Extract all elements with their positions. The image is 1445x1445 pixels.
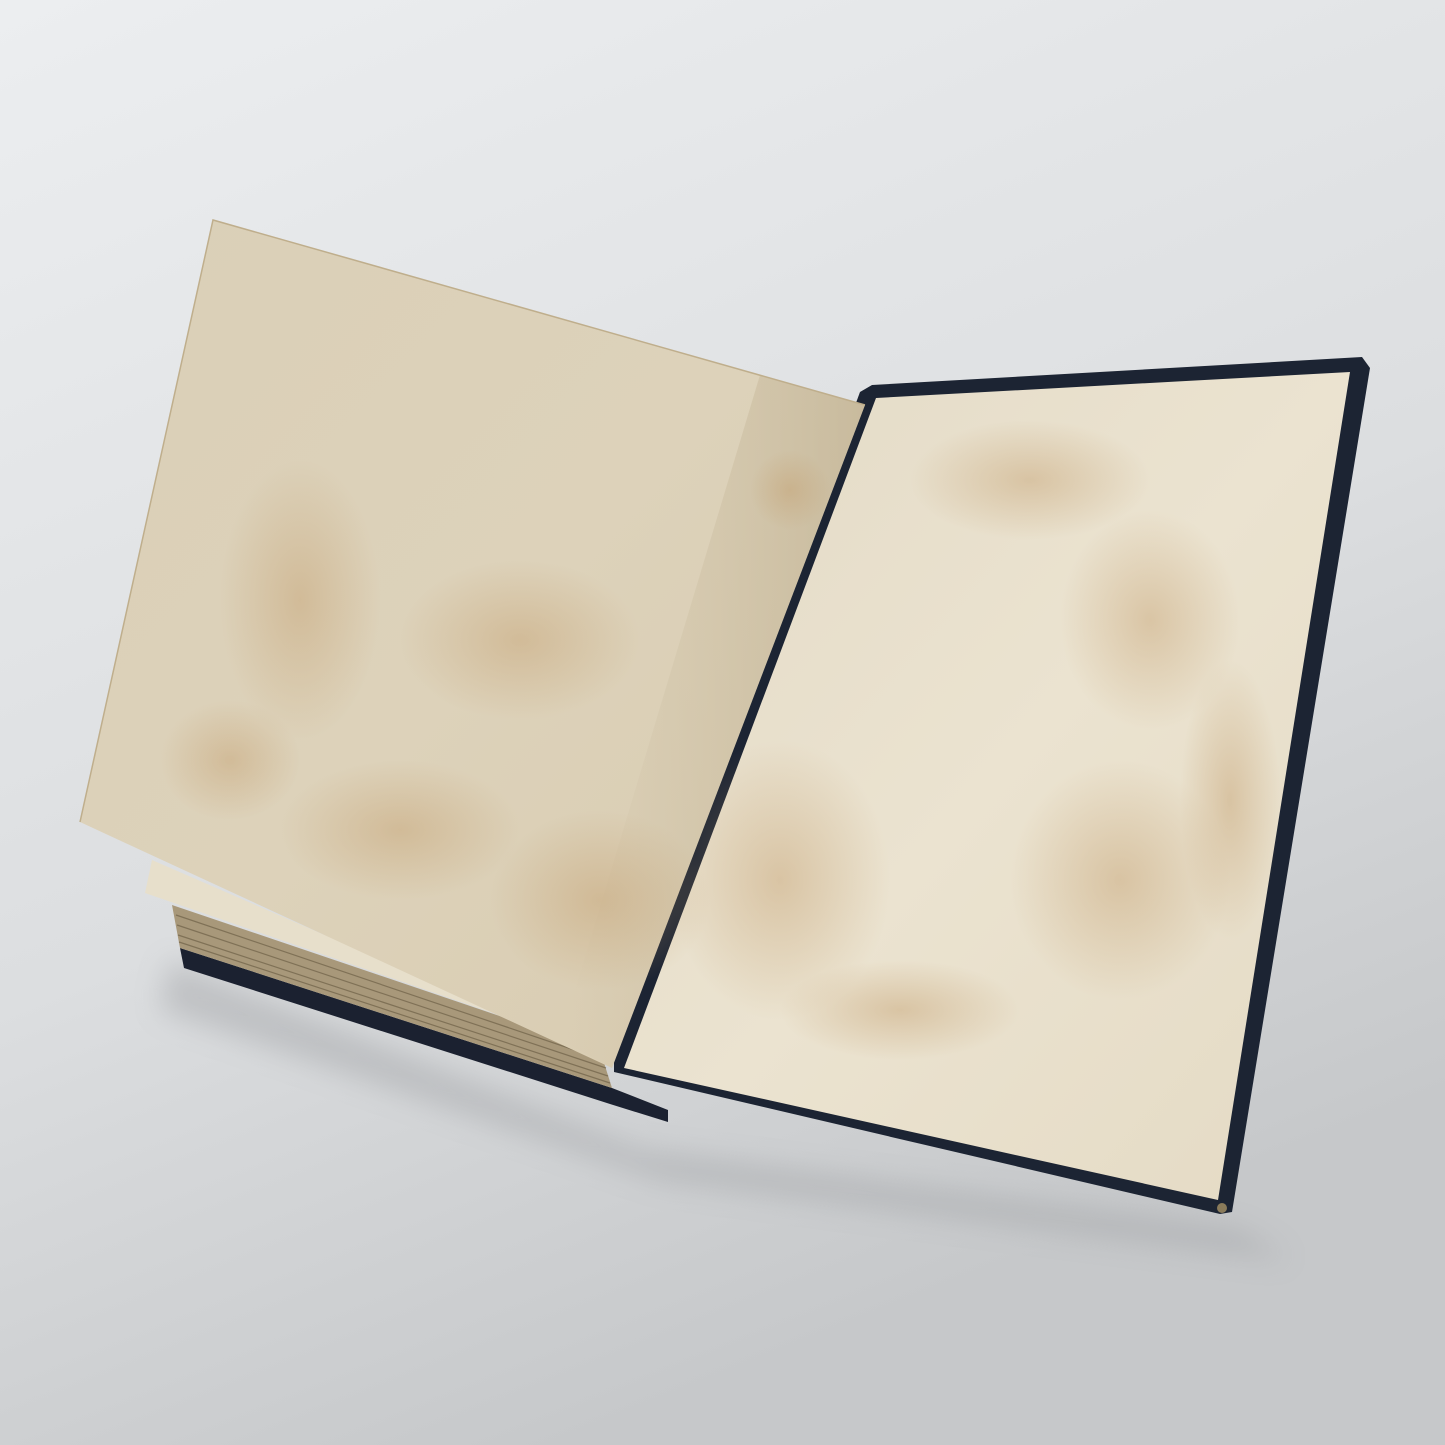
book-photo <box>0 0 1445 1445</box>
worn-corner <box>1217 1203 1227 1213</box>
photo-scene: open antique hardcover book with blank f… <box>0 0 1445 1445</box>
